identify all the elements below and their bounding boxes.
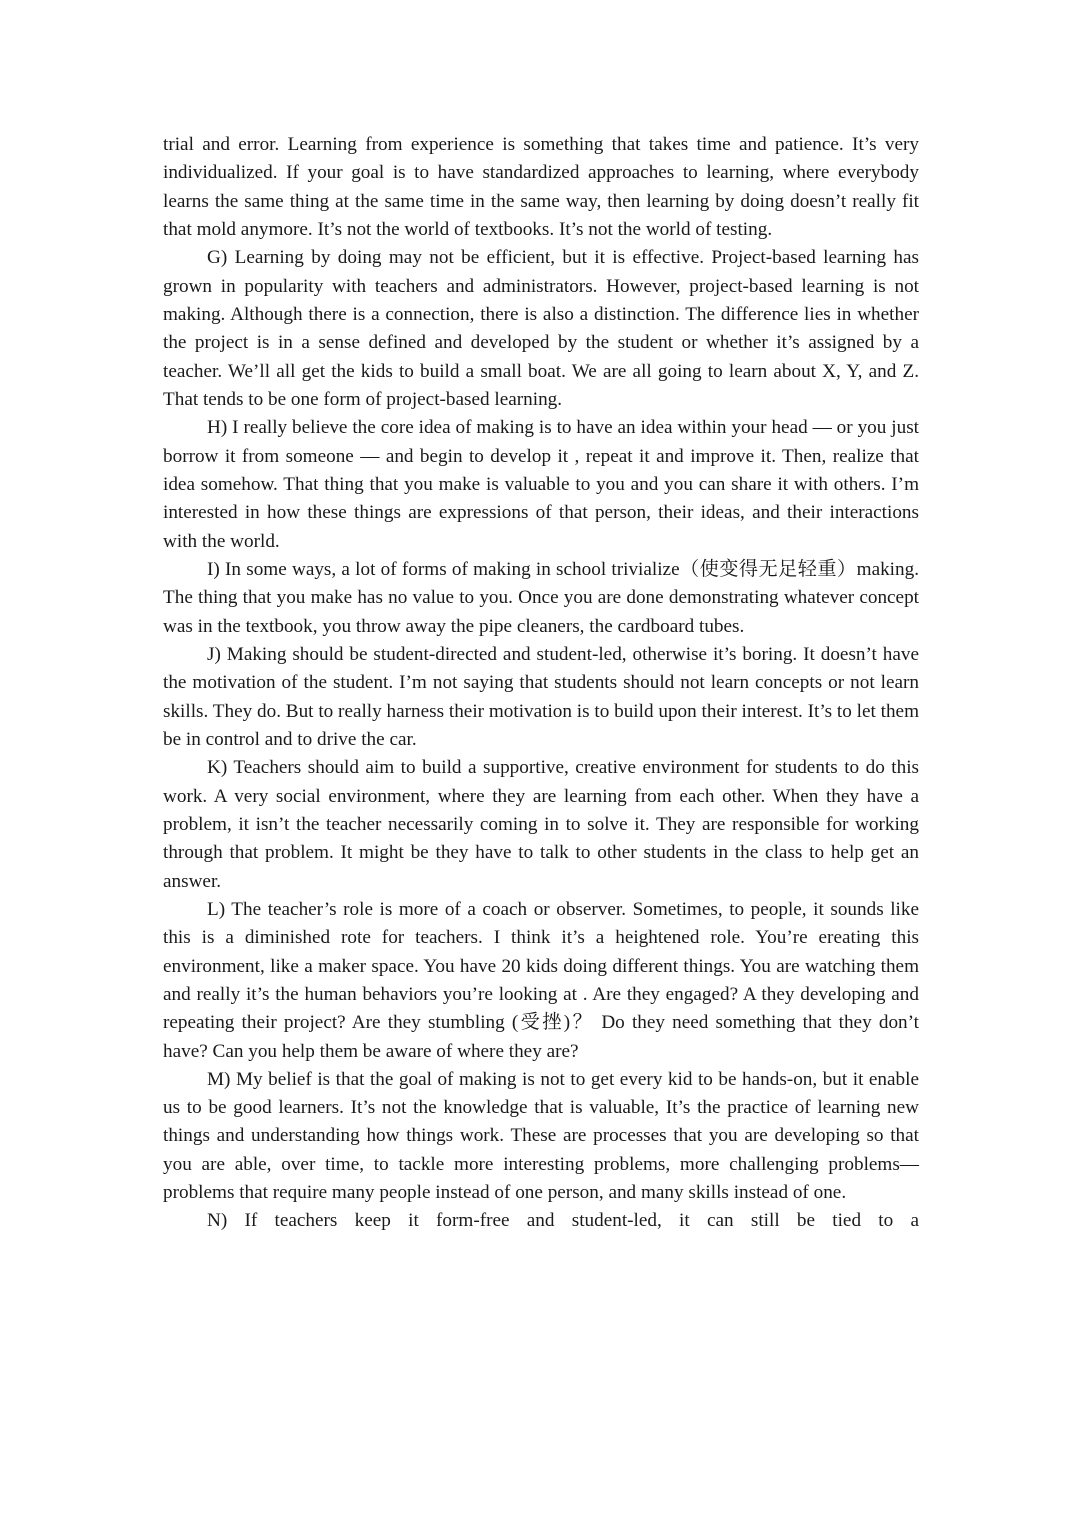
- paragraph-l: L) The teacher’s role is more of a coach…: [163, 896, 919, 1066]
- paragraph-n: N) If teachers keep it form-free and stu…: [163, 1207, 919, 1235]
- paragraph-k: K) Teachers should aim to build a suppor…: [163, 754, 919, 896]
- paragraph-g: G) Learning by doing may not be efficien…: [163, 244, 919, 414]
- paragraph-continued: trial and error. Learning from experienc…: [163, 131, 919, 244]
- paragraph-h: H) I really believe the core idea of mak…: [163, 414, 919, 556]
- paragraph-j: J) Making should be student-directed and…: [163, 641, 919, 754]
- paragraph-i: I) In some ways, a lot of forms of makin…: [163, 556, 919, 641]
- paragraph-m: M) My belief is that the goal of making …: [163, 1066, 919, 1208]
- document-page: trial and error. Learning from experienc…: [163, 131, 919, 1236]
